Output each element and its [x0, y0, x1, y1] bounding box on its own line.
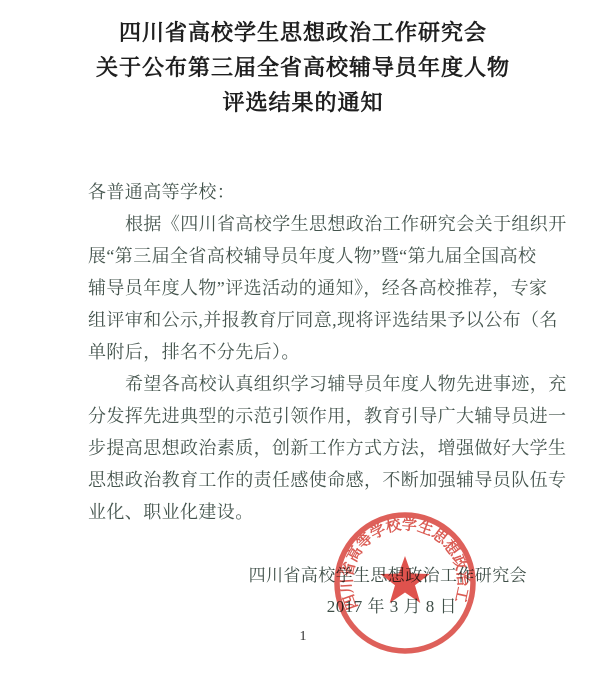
paragraph-2-line: 步提高思想政治素质，创新工作方式方法，增强做好大学生 — [88, 432, 586, 464]
seal-ring-text: 四川省高等学校学生思想政治工作研究会 — [330, 508, 472, 612]
paragraph-1-line: 根据《四川省高校学生思想政治工作研究会关于组织开 — [88, 208, 586, 240]
paragraph-2-line: 分发挥先进典型的示范引领作用，教育引导广大辅导员进一 — [88, 400, 586, 432]
paragraph-1-line: 辅导员年度人物”评选活动的通知》，经各高校推荐，专家 — [88, 272, 586, 304]
title-line-2: 关于公布第三届全省高校辅导员年度人物 — [0, 50, 606, 85]
salutation: 各普通高等学校： — [88, 176, 586, 208]
paragraph-1-line: 组评审和公示,并报教育厅同意,现将评选结果予以公布（名 — [88, 304, 586, 336]
paragraph-1-line: 单附后，排名不分先后）。 — [88, 336, 586, 368]
paragraph-1-line: 展“第三届全省高校辅导员年度人物”暨“第九届全国高校 — [88, 240, 586, 272]
star-icon — [380, 556, 429, 603]
document-page: 四川省高校学生思想政治工作研究会 关于公布第三届全省高校辅导员年度人物 评选结果… — [0, 0, 606, 676]
paragraph-2-line: 希望各高校认真组织学习辅导员年度人物先进事迹，充 — [88, 368, 586, 400]
paragraph-2-line: 思想政治教育工作的责任感使命感，不断加强辅导员队伍专 — [88, 464, 586, 496]
document-body: 各普通高等学校： 根据《四川省高校学生思想政治工作研究会关于组织开 展“第三届全… — [88, 176, 586, 528]
title-line-3: 评选结果的通知 — [0, 85, 606, 120]
page-number: 1 — [0, 628, 606, 646]
document-title: 四川省高校学生思想政治工作研究会 关于公布第三届全省高校辅导员年度人物 评选结果… — [0, 15, 606, 120]
title-line-1: 四川省高校学生思想政治工作研究会 — [0, 15, 606, 50]
